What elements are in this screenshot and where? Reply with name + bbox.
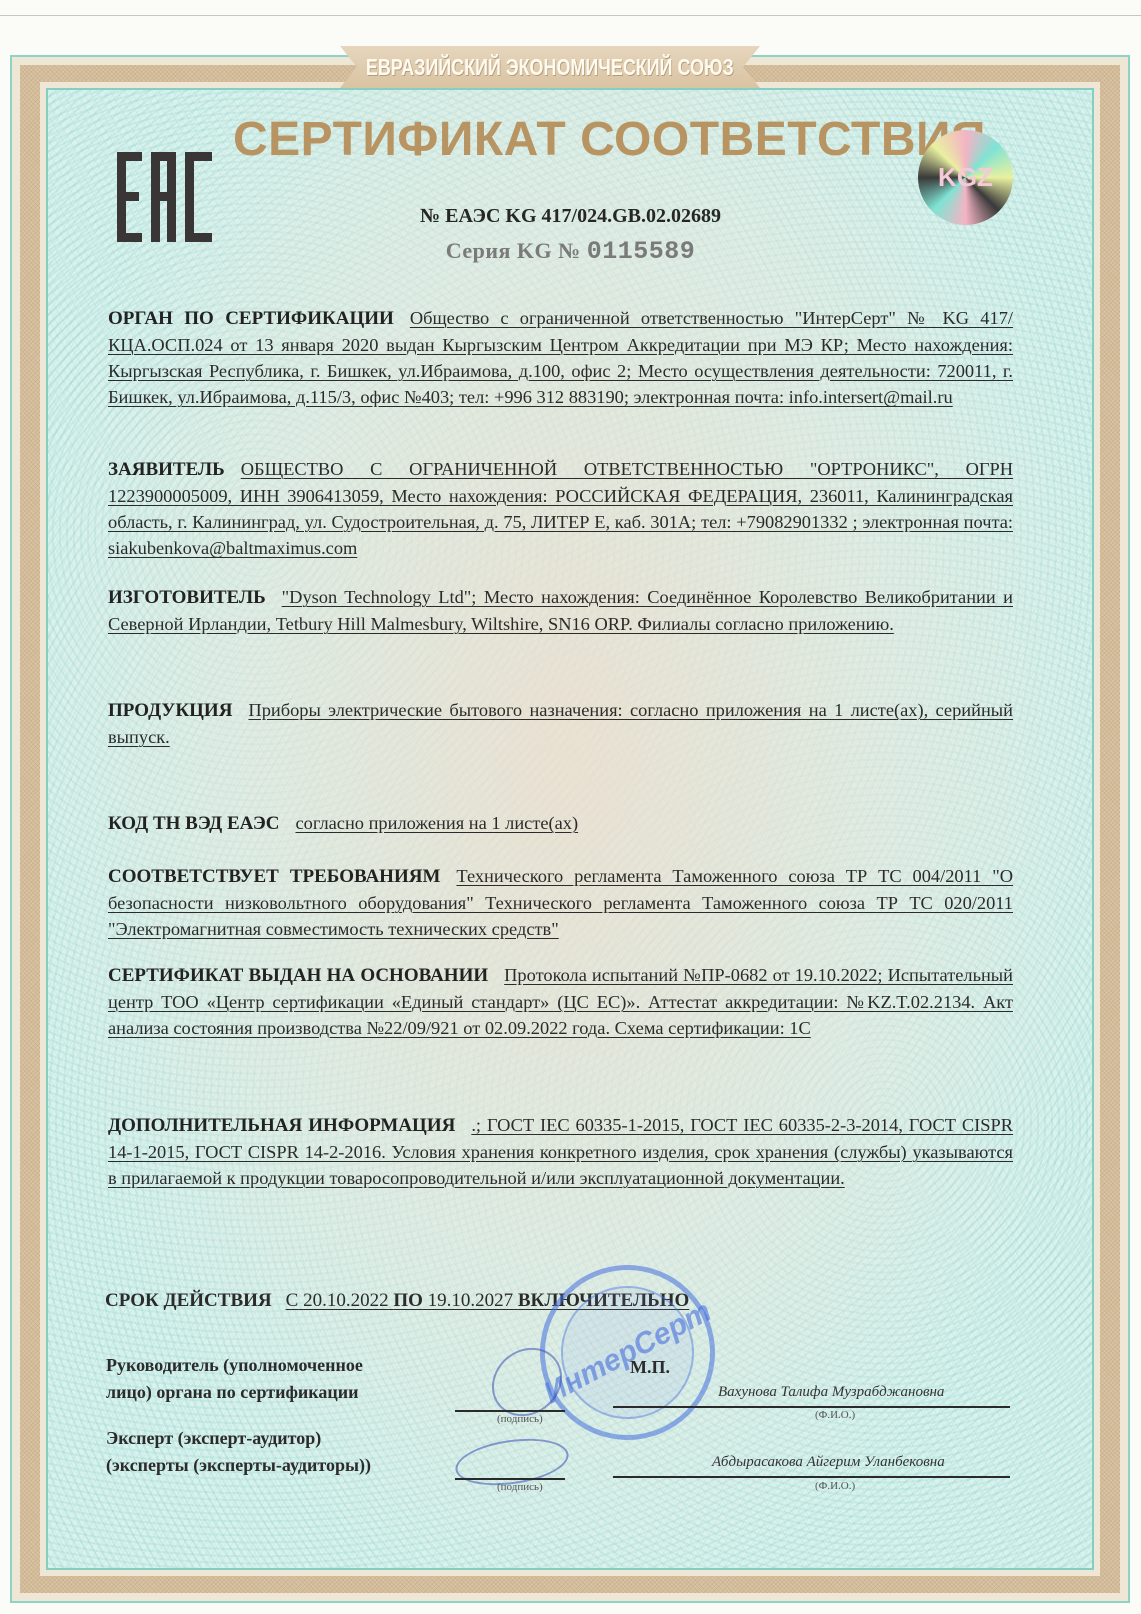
scan-edge-line	[0, 15, 1141, 16]
section-issued-basis: СЕРТИФИКАТ ВЫДАН НА ОСНОВАНИИПротокола и…	[108, 962, 1013, 1041]
union-banner-text: ЕВРАЗИЙСКИЙ ЭКОНОМИЧЕСКИЙ СОЮЗ	[366, 54, 734, 81]
section-additional-info: ДОПОЛНИТЕЛЬНАЯ ИНФОРМАЦИЯ.; ГОСТ IEC 603…	[108, 1112, 1013, 1191]
section-complies-with: СООТВЕТСТВУЕТ ТРЕБОВАНИЯМТехнического ре…	[108, 863, 1013, 942]
validity-from-prefix: С	[286, 1290, 299, 1311]
series-value: 0115589	[587, 237, 696, 266]
section-label: ИЗГОТОВИТЕЛЬ	[108, 587, 266, 608]
head-name-line	[613, 1406, 1010, 1408]
section-label: ЗАЯВИТЕЛЬ	[108, 459, 225, 480]
section-text: согласно приложения на 1 листе(ах)	[295, 813, 578, 833]
expert-signature-caption: (подпись)	[497, 1481, 543, 1493]
head-full-name: Вахунова Талифа Музрабджановна	[718, 1384, 944, 1401]
head-signature-caption: (подпись)	[497, 1413, 543, 1425]
section-text: ОБЩЕСТВО С ОГРАНИЧЕННОЙ ОТВЕТСТВЕННОСТЬЮ…	[108, 459, 1013, 558]
eac-mark-icon	[117, 152, 212, 242]
stamp-text: ИнтерСерт	[538, 1294, 717, 1411]
validity-to-prefix: ПО	[393, 1290, 423, 1311]
certificate-number: № ЕАЭС KG 417/024.GB.02.02689	[0, 205, 1141, 228]
section-product: ПРОДУКЦИЯПриборы электрические бытового …	[108, 697, 1013, 750]
section-label: СЕРТИФИКАТ ВЫДАН НА ОСНОВАНИИ	[108, 965, 488, 986]
union-banner: ЕВРАЗИЙСКИЙ ЭКОНОМИЧЕСКИЙ СОЮЗ	[340, 46, 760, 88]
series-label: Серия KG №	[446, 238, 581, 263]
validity-to-date: 19.10.2027	[428, 1290, 514, 1311]
hologram-text: KGZ	[938, 162, 993, 193]
section-label: ПРОДУКЦИЯ	[108, 700, 232, 721]
series-number: Серия KG № 0115589	[0, 237, 1141, 266]
head-signature-line	[455, 1410, 565, 1412]
seal-mark: М.П.	[630, 1357, 670, 1378]
validity-label: СРОК ДЕЙСТВИЯ	[105, 1290, 272, 1311]
document-title: СЕРТИФИКАТ СООТВЕТСТВИЯ	[233, 112, 883, 167]
expert-full-name: Абдырасакова Айгерим Уланбековна	[712, 1454, 945, 1471]
expert-signature-line	[455, 1478, 565, 1480]
section-manufacturer: ИЗГОТОВИТЕЛЬ"Dyson Technology Ltd"; Мест…	[108, 584, 1013, 637]
expert-name-line	[613, 1476, 1010, 1478]
section-applicant: ЗАЯВИТЕЛЬОБЩЕСТВО С ОГРАНИЧЕННОЙ ОТВЕТСТ…	[108, 456, 1013, 561]
section-tnved-code: КОД ТН ВЭД ЕАЭСсогласно приложения на 1 …	[108, 810, 1013, 837]
section-label: ДОПОЛНИТЕЛЬНАЯ ИНФОРМАЦИЯ	[108, 1115, 455, 1136]
head-signatory-label: Руководитель (уполномоченное лицо) орган…	[106, 1352, 363, 1406]
expert-signatory-label: Эксперт (эксперт-аудитор) (эксперты (экс…	[106, 1425, 371, 1479]
section-text: Приборы электрические бытового назначени…	[108, 700, 1013, 747]
section-certification-body: ОРГАН ПО СЕРТИФИКАЦИИОбщество с ограниче…	[108, 305, 1013, 410]
expert-fio-caption: (Ф.И.О.)	[815, 1480, 855, 1492]
head-fio-caption: (Ф.И.О.)	[815, 1409, 855, 1421]
eac-logo-icon	[117, 152, 212, 242]
section-label: СООТВЕТСТВУЕТ ТРЕБОВАНИЯМ	[108, 866, 440, 887]
section-label: КОД ТН ВЭД ЕАЭС	[108, 813, 279, 834]
validity-from-date: 20.10.2022	[303, 1290, 389, 1311]
section-label: ОРГАН ПО СЕРТИФИКАЦИИ	[108, 308, 394, 329]
